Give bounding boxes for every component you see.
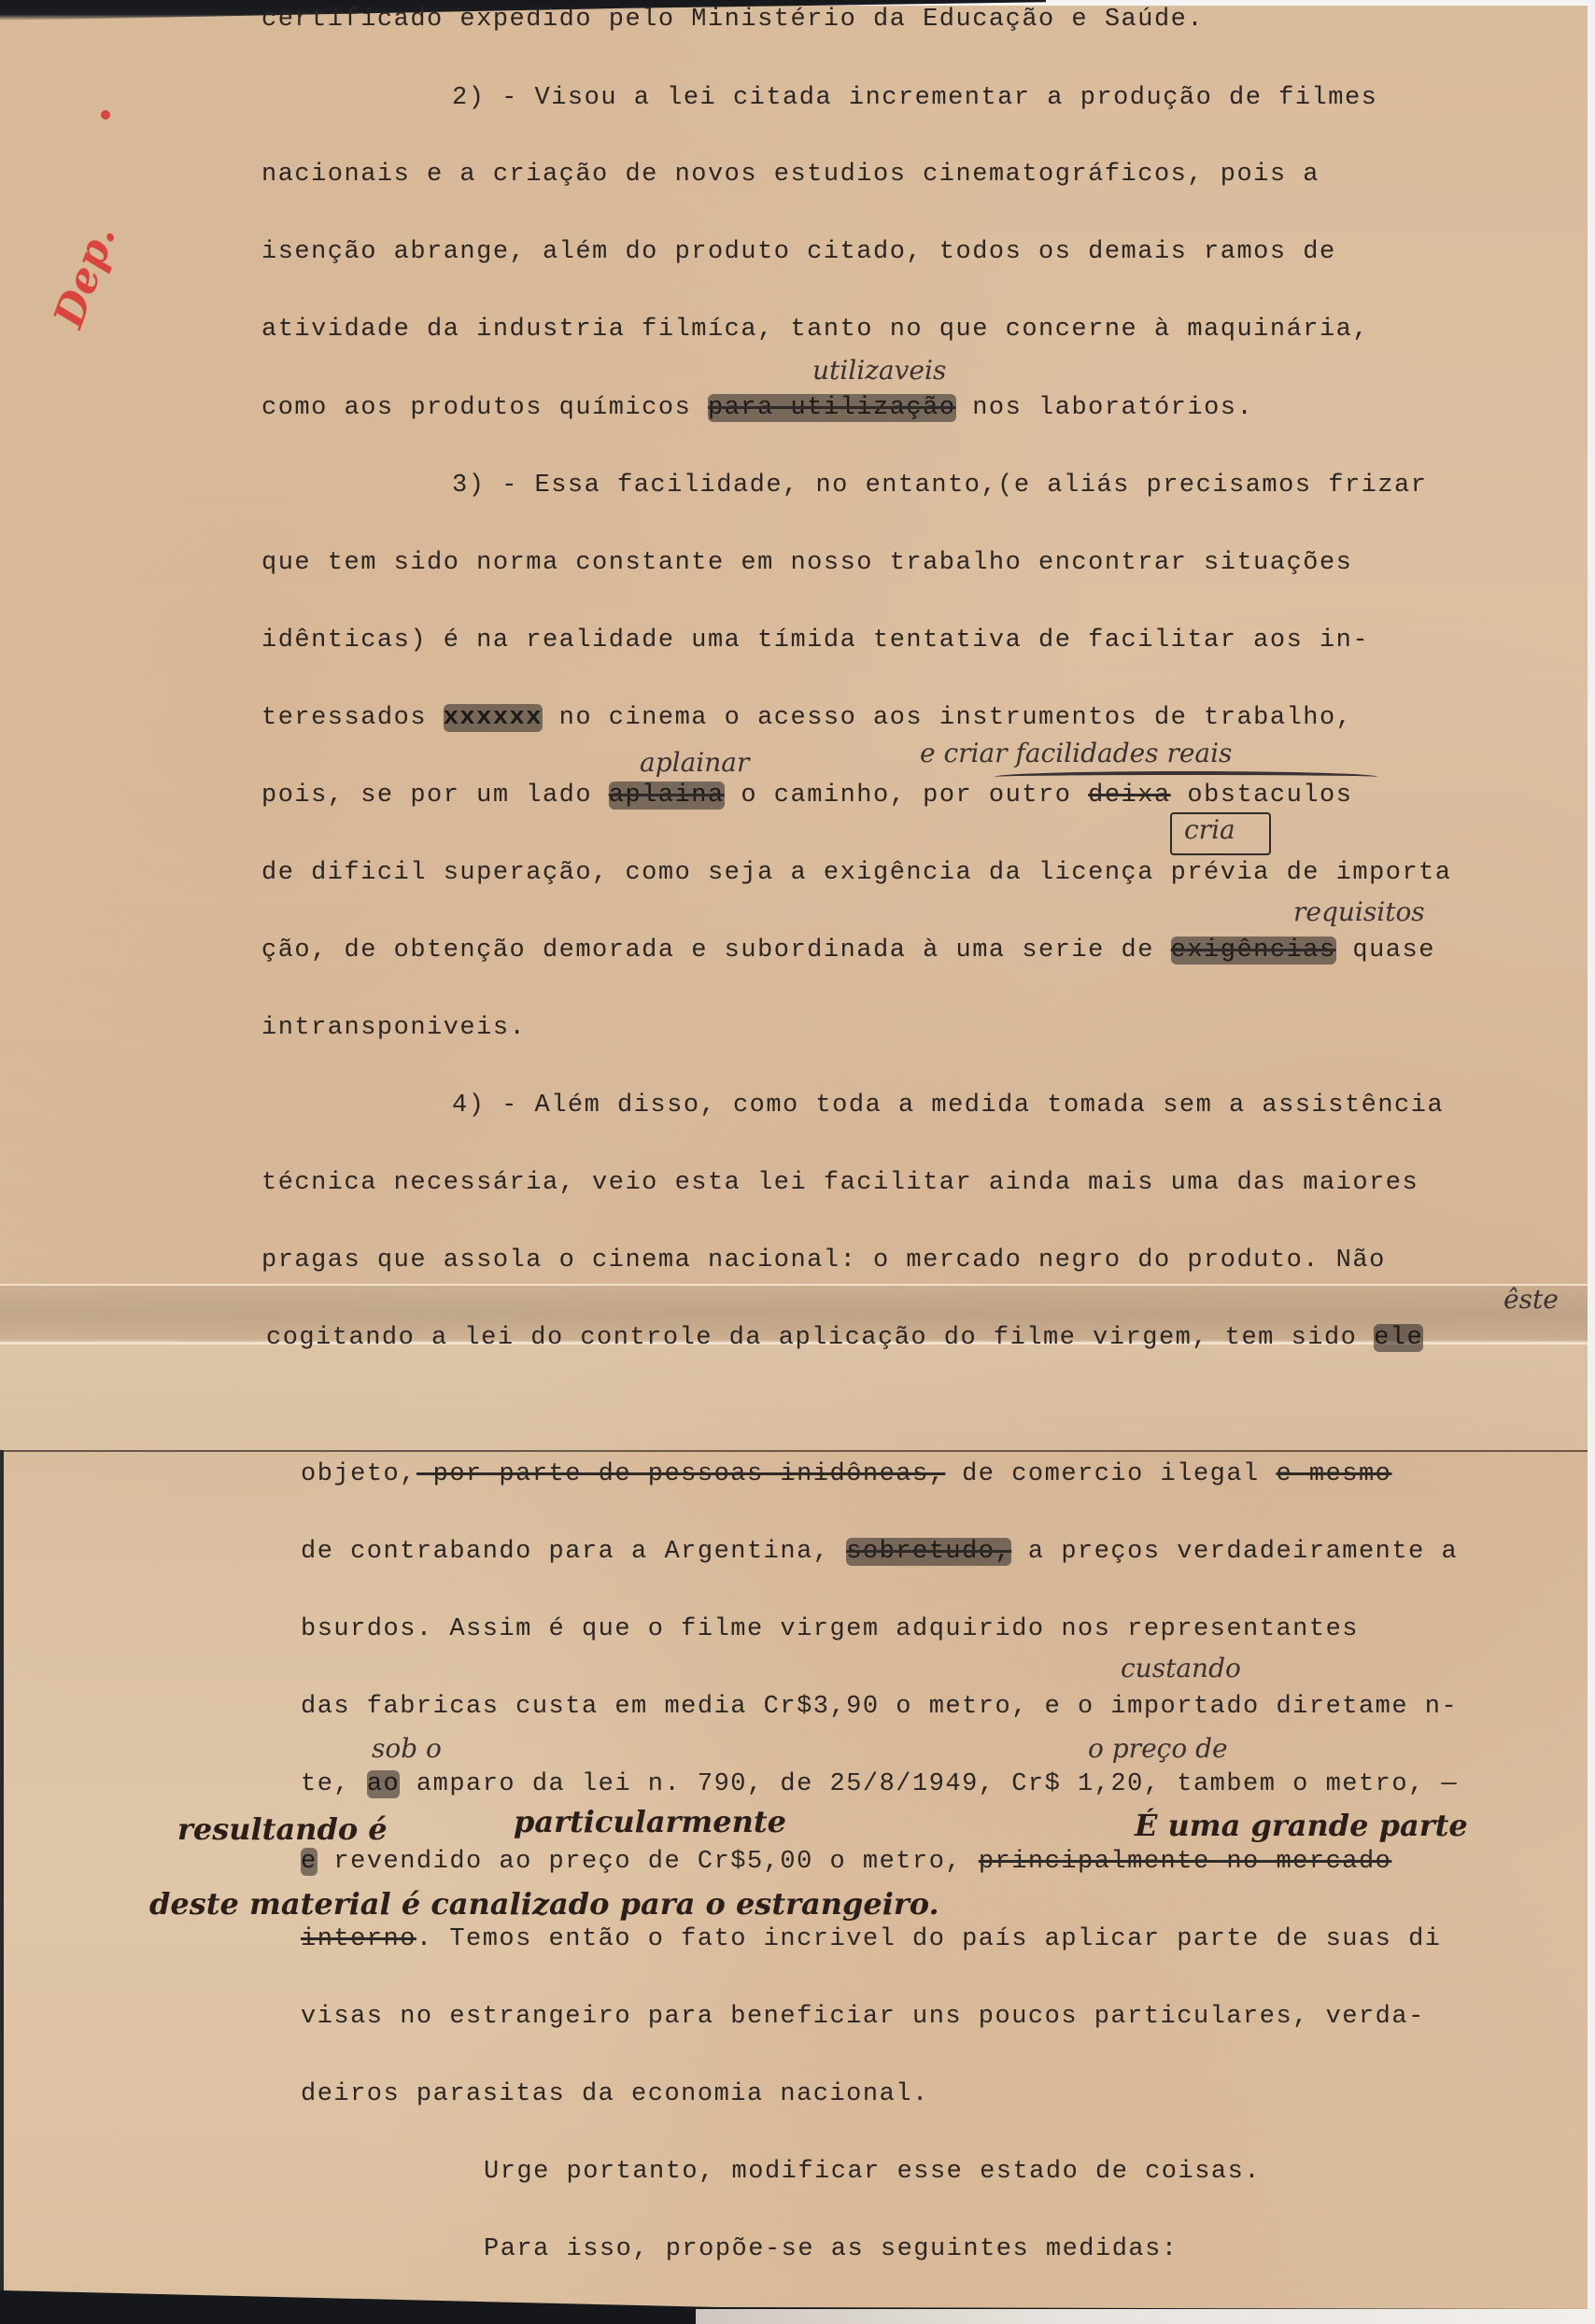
text-line: intransponiveis. (261, 1012, 526, 1044)
text-line: das fabricas custa em media Cr$3,90 o me… (301, 1691, 1458, 1723)
handwritten-insertion: e criar facilidades reais (920, 738, 1232, 768)
text-line: cogitando a lei do controle da aplicação… (266, 1322, 1423, 1354)
text-line: isenção abrange, além do produto citado,… (261, 236, 1336, 268)
text-line: deiros parasitas da economia nacional. (301, 2078, 929, 2110)
scan-right-margin (1588, 0, 1595, 2324)
paragraph-urge: Urge portanto, modificar esse estado de … (484, 2156, 1261, 2188)
handwritten-correction: aplainar (640, 747, 749, 778)
paragraph-4-start: 4) - Além disso, como toda a medida toma… (452, 1090, 1444, 1121)
text-line: nacionais e a criação de novos estudios … (261, 159, 1320, 190)
scan-bottom-paper (696, 2309, 1595, 2324)
red-dot-mark (101, 110, 110, 120)
text-line: bsurdos. Assim é que o filme virgem adqu… (301, 1613, 1359, 1645)
handwritten-insertion: É uma grande parte (1135, 1808, 1468, 1843)
text-line: ção, de obtenção demorada e subordinada … (261, 935, 1435, 966)
text-line: visas no estrangeiro para beneficiar uns… (301, 2001, 1425, 2033)
handwritten-correction: utilizaveis (812, 355, 946, 386)
handwritten-insertion: sob o (372, 1733, 442, 1764)
text-line: atividade da industria filmíca, tanto no… (261, 314, 1369, 345)
handwritten-insertion: deste material é canalizado para o estra… (149, 1886, 939, 1922)
text-line: te, ao amparo da lei n. 790, de 25/8/194… (301, 1768, 1458, 1800)
text-line: como aos produtos químicos para utilizaç… (261, 392, 1253, 424)
handwritten-insertion: custando (1121, 1653, 1241, 1683)
text-line: pois, se por um lado aplaina o caminho, … (261, 780, 1352, 811)
paper-fold-edge (0, 1450, 1588, 1452)
paper-sheet (0, 0, 1588, 2324)
handwritten-correction: requisitos (1293, 896, 1425, 927)
paragraph-3-start: 3) - Essa facilidade, no entanto,(e aliá… (452, 470, 1427, 501)
handwritten-insertion: particularmente (514, 1804, 786, 1839)
text-line: certificado expedido pelo Ministério da … (261, 4, 1204, 35)
text-line: interno. Temos então o fato incrivel do … (301, 1923, 1442, 1955)
text-line: idênticas) é na realidade uma tímida ten… (261, 625, 1369, 656)
paragraph-2-start: 2) - Visou a lei citada incrementar a pr… (452, 82, 1377, 114)
handwritten-insertion: o preço de (1088, 1733, 1228, 1764)
paragraph-medidas: Para isso, propõe-se as seguintes medida… (484, 2233, 1179, 2265)
paper-fold-flap (0, 1340, 1588, 1450)
handwritten-correction: cria (1184, 814, 1235, 845)
paper-fold-left-edge (0, 1450, 4, 2324)
handwritten-insertion: resultando é (177, 1811, 388, 1847)
text-line: pragas que assola o cinema nacional: o m… (261, 1245, 1386, 1276)
text-line: de contrabando para a Argentina, sobretu… (301, 1536, 1458, 1568)
text-line: de dificil superação, como seja a exigên… (261, 857, 1452, 889)
text-line: que tem sido norma constante em nosso tr… (261, 547, 1352, 579)
text-line: teressados xxxxxx no cinema o acesso aos… (261, 702, 1352, 734)
text-line: técnica necessária, veio esta lei facili… (261, 1167, 1419, 1199)
text-line: e revendido ao preço de Cr$5,00 o metro,… (301, 1846, 1391, 1878)
handwritten-correction: êste (1503, 1284, 1559, 1315)
text-line: objeto, por parte de pessoas inidôneas, … (301, 1458, 1391, 1490)
